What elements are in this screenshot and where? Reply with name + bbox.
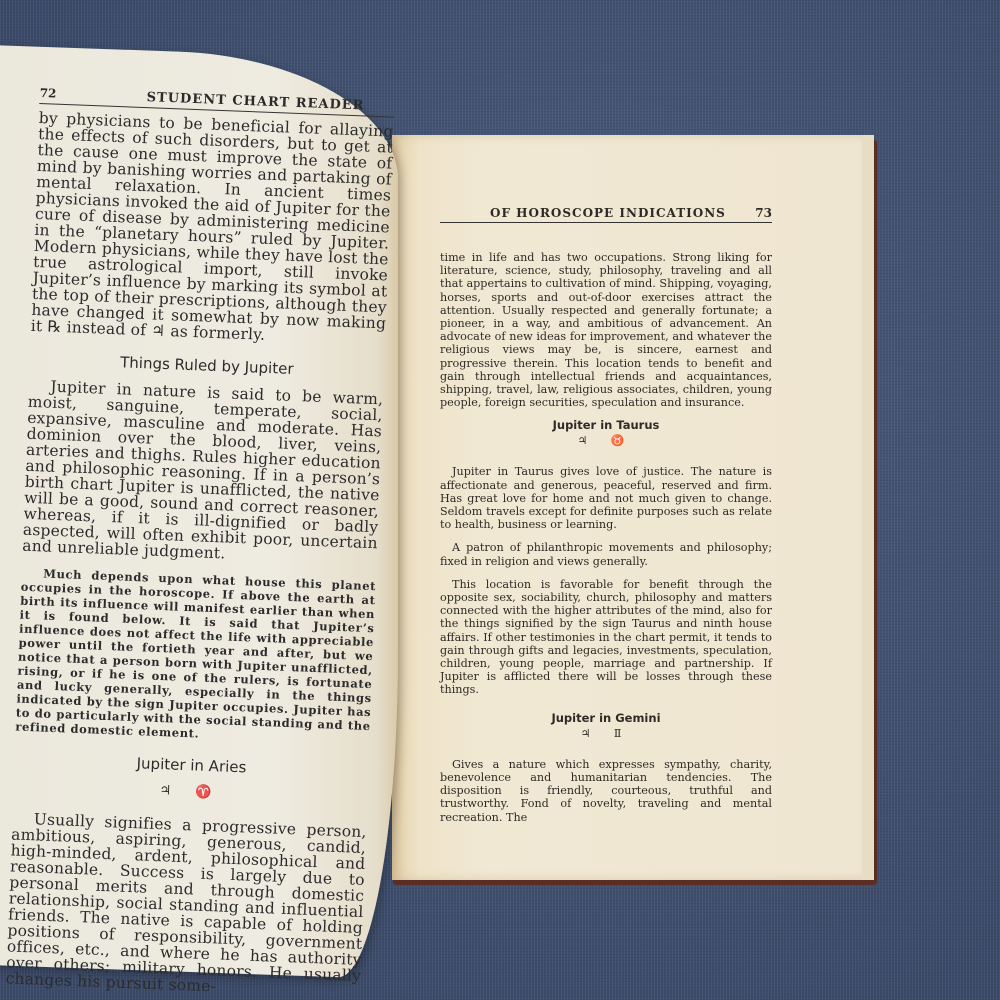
right-page-content: OF HOROSCOPE INDICATIONS 73 time in life… [440, 206, 772, 824]
section-heading-gemini: Jupiter in Gemini [440, 711, 772, 725]
page-number: 73 [755, 206, 772, 220]
section-heading-aries: Jupiter in Aries [14, 750, 369, 782]
section-heading-things-ruled: Things Ruled by Jupiter [29, 350, 384, 382]
paragraph: A patron of philanthropic movements and … [440, 541, 772, 567]
jupiter-taurus-symbols: ♃ ♉ [440, 434, 772, 447]
paragraph: Jupiter in nature is said to be warm, mo… [22, 378, 383, 567]
page-number: 72 [39, 86, 56, 101]
jupiter-aries-symbols: ♃ ♈ [13, 777, 368, 806]
paragraph: This location is favorable for benefit t… [440, 578, 772, 697]
paragraph: Usually signifies a progressive person, … [5, 810, 366, 999]
paragraph: time in life and has two occupations. St… [440, 251, 772, 409]
running-head-right: OF HOROSCOPE INDICATIONS 73 [440, 206, 772, 223]
running-head-title: OF HOROSCOPE INDICATIONS [490, 206, 726, 220]
paragraph: by physicians to be beneficial for allay… [30, 110, 393, 347]
jupiter-gemini-symbols: ♃ Ⅱ [440, 727, 772, 740]
paragraph: Gives a nature which expresses sympathy,… [440, 758, 772, 824]
section-heading-taurus: Jupiter in Taurus [440, 418, 772, 432]
left-page-content: 72 STUDENT CHART READER by physicians to… [5, 86, 394, 1000]
paragraph: Jupiter in Taurus gives love of justice.… [440, 465, 772, 531]
paragraph: Much depends upon what house this planet… [15, 566, 376, 748]
